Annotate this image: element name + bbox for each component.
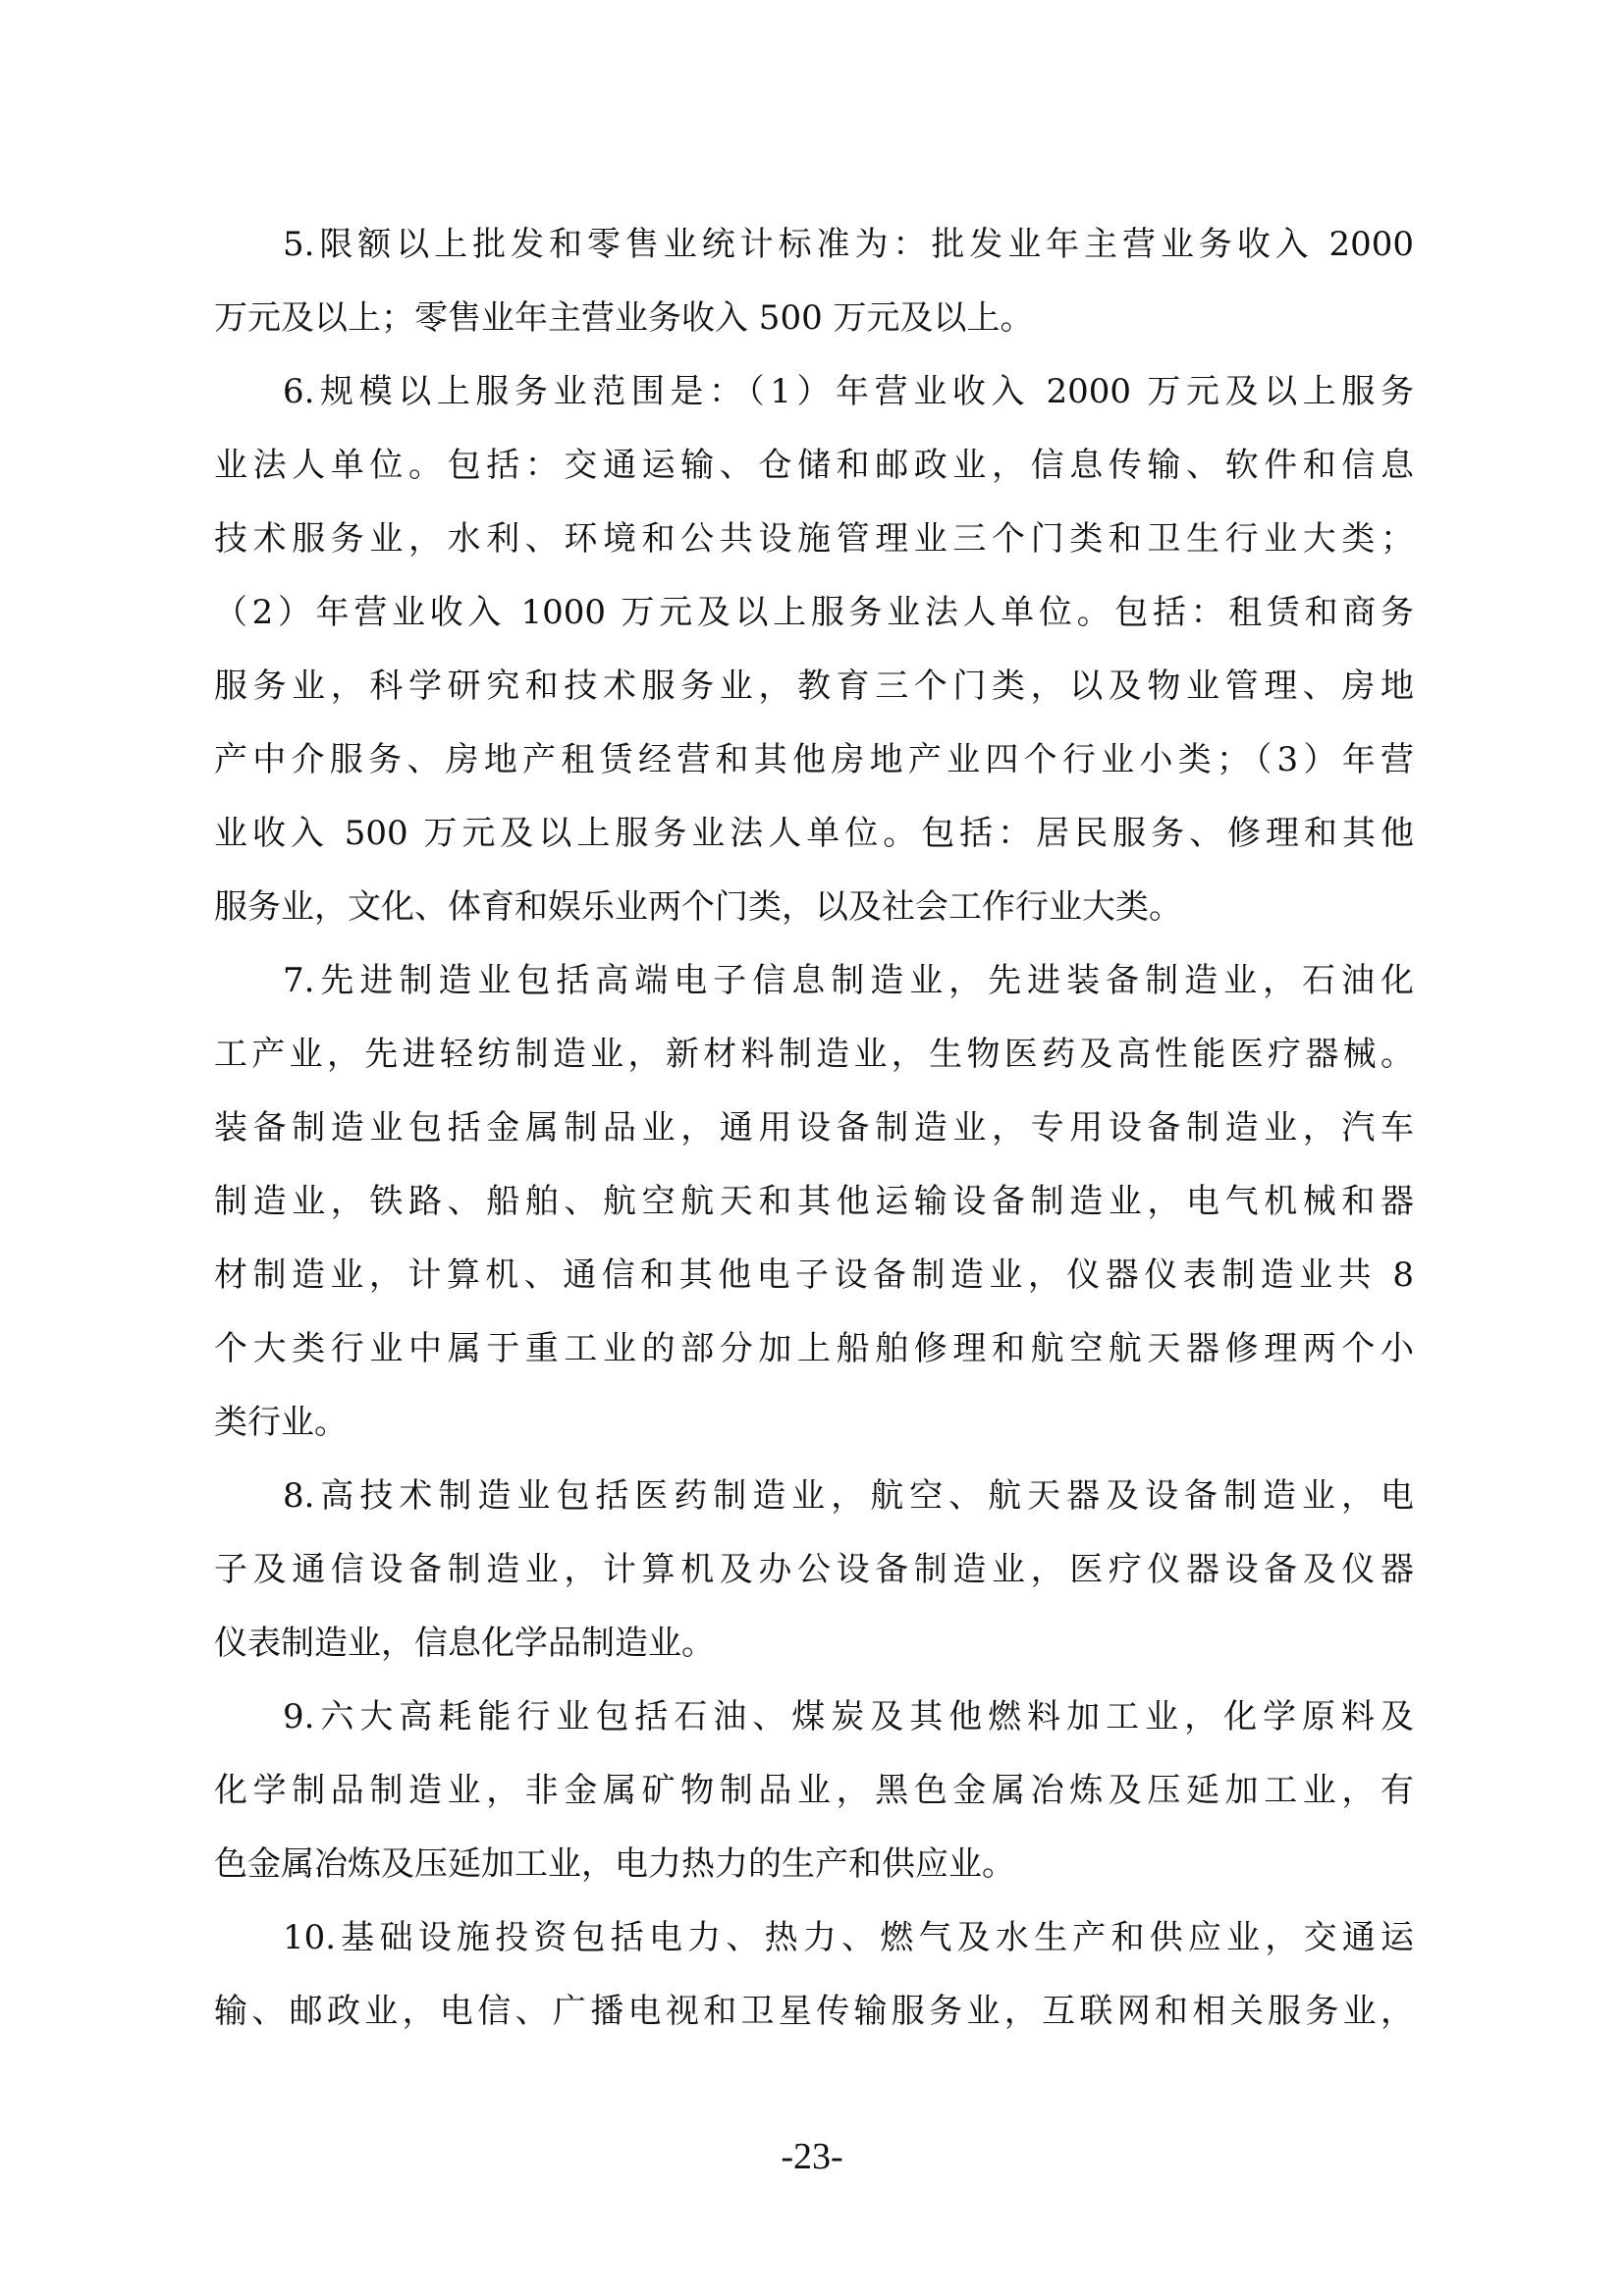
text-line: 制造业，铁路、船舶、航空航天和其他运输设备制造业，电气机械和器: [214, 1165, 1414, 1239]
text-line: 业收入 500 万元及以上服务业法人单位。包括：居民服务、修理和其他: [214, 797, 1414, 871]
text-line: 业法人单位。包括：交通运输、仓储和邮政业，信息传输、软件和信息: [214, 429, 1414, 503]
text-line: 6.规模以上服务业范围是：（1）年营业收入 2000 万元及以上服务: [214, 355, 1414, 429]
text-line: 色金属冶炼及压延加工业，电力热力的生产和供应业。: [214, 1828, 1414, 1901]
text-line: 9.六大高耗能行业包括石油、煤炭及其他燃料加工业，化学原料及: [214, 1681, 1414, 1754]
text-line: 工产业，先进轻纺制造业，新材料制造业，生物医药及高性能医疗器械。: [214, 1018, 1414, 1092]
text-line: 个大类行业中属于重工业的部分加上船舶修理和航空航天器修理两个小: [214, 1312, 1414, 1386]
text-line: 仪表制造业，信息化学品制造业。: [214, 1607, 1414, 1681]
text-line: 产中介服务、房地产租赁经营和其他房地产业四个行业小类；（3）年营: [214, 723, 1414, 797]
document-body: 5.限额以上批发和零售业统计标准为：批发业年主营业务收入 2000 万元及以上；…: [214, 208, 1414, 2049]
text-line: 输、邮政业，电信、广播电视和卫星传输服务业，互联网和相关服务业，: [214, 1975, 1414, 2049]
text-line: 化学制品制造业，非金属矿物制品业，黑色金属冶炼及压延加工业，有: [214, 1754, 1414, 1828]
paragraph-8: 8.高技术制造业包括医药制造业，航空、航天器及设备制造业，电 子及通信设备制造业…: [214, 1460, 1414, 1681]
text-line: 技术服务业，水利、环境和公共设施管理业三个门类和卫生行业大类；: [214, 503, 1414, 576]
page-number: -23-: [0, 2132, 1624, 2181]
text-line: 7.先进制造业包括高端电子信息制造业，先进装备制造业，石油化: [214, 944, 1414, 1018]
text-line: （2）年营业收入 1000 万元及以上服务业法人单位。包括：租赁和商务: [214, 576, 1414, 650]
text-line: 8.高技术制造业包括医药制造业，航空、航天器及设备制造业，电: [214, 1460, 1414, 1533]
text-line: 服务业，文化、体育和娱乐业两个门类，以及社会工作行业大类。: [214, 871, 1414, 944]
paragraph-10: 10.基础设施投资包括电力、热力、燃气及水生产和供应业，交通运 输、邮政业，电信…: [214, 1901, 1414, 2049]
text-line: 服务业，科学研究和技术服务业，教育三个门类，以及物业管理、房地: [214, 650, 1414, 723]
text-line: 万元及以上；零售业年主营业务收入 500 万元及以上。: [214, 282, 1414, 355]
paragraph-5: 5.限额以上批发和零售业统计标准为：批发业年主营业务收入 2000 万元及以上；…: [214, 208, 1414, 355]
text-line: 子及通信设备制造业，计算机及办公设备制造业，医疗仪器设备及仪器: [214, 1533, 1414, 1607]
text-line: 装备制造业包括金属制品业，通用设备制造业，专用设备制造业，汽车: [214, 1092, 1414, 1165]
text-line: 5.限额以上批发和零售业统计标准为：批发业年主营业务收入 2000: [214, 208, 1414, 282]
paragraph-9: 9.六大高耗能行业包括石油、煤炭及其他燃料加工业，化学原料及 化学制品制造业，非…: [214, 1681, 1414, 1901]
text-line: 材制造业，计算机、通信和其他电子设备制造业，仪器仪表制造业共 8: [214, 1239, 1414, 1312]
text-line: 10.基础设施投资包括电力、热力、燃气及水生产和供应业，交通运: [214, 1901, 1414, 1975]
paragraph-7: 7.先进制造业包括高端电子信息制造业，先进装备制造业，石油化 工产业，先进轻纺制…: [214, 944, 1414, 1460]
document-page: 5.限额以上批发和零售业统计标准为：批发业年主营业务收入 2000 万元及以上；…: [0, 0, 1624, 2296]
paragraph-6: 6.规模以上服务业范围是：（1）年营业收入 2000 万元及以上服务 业法人单位…: [214, 355, 1414, 944]
text-line: 类行业。: [214, 1386, 1414, 1460]
